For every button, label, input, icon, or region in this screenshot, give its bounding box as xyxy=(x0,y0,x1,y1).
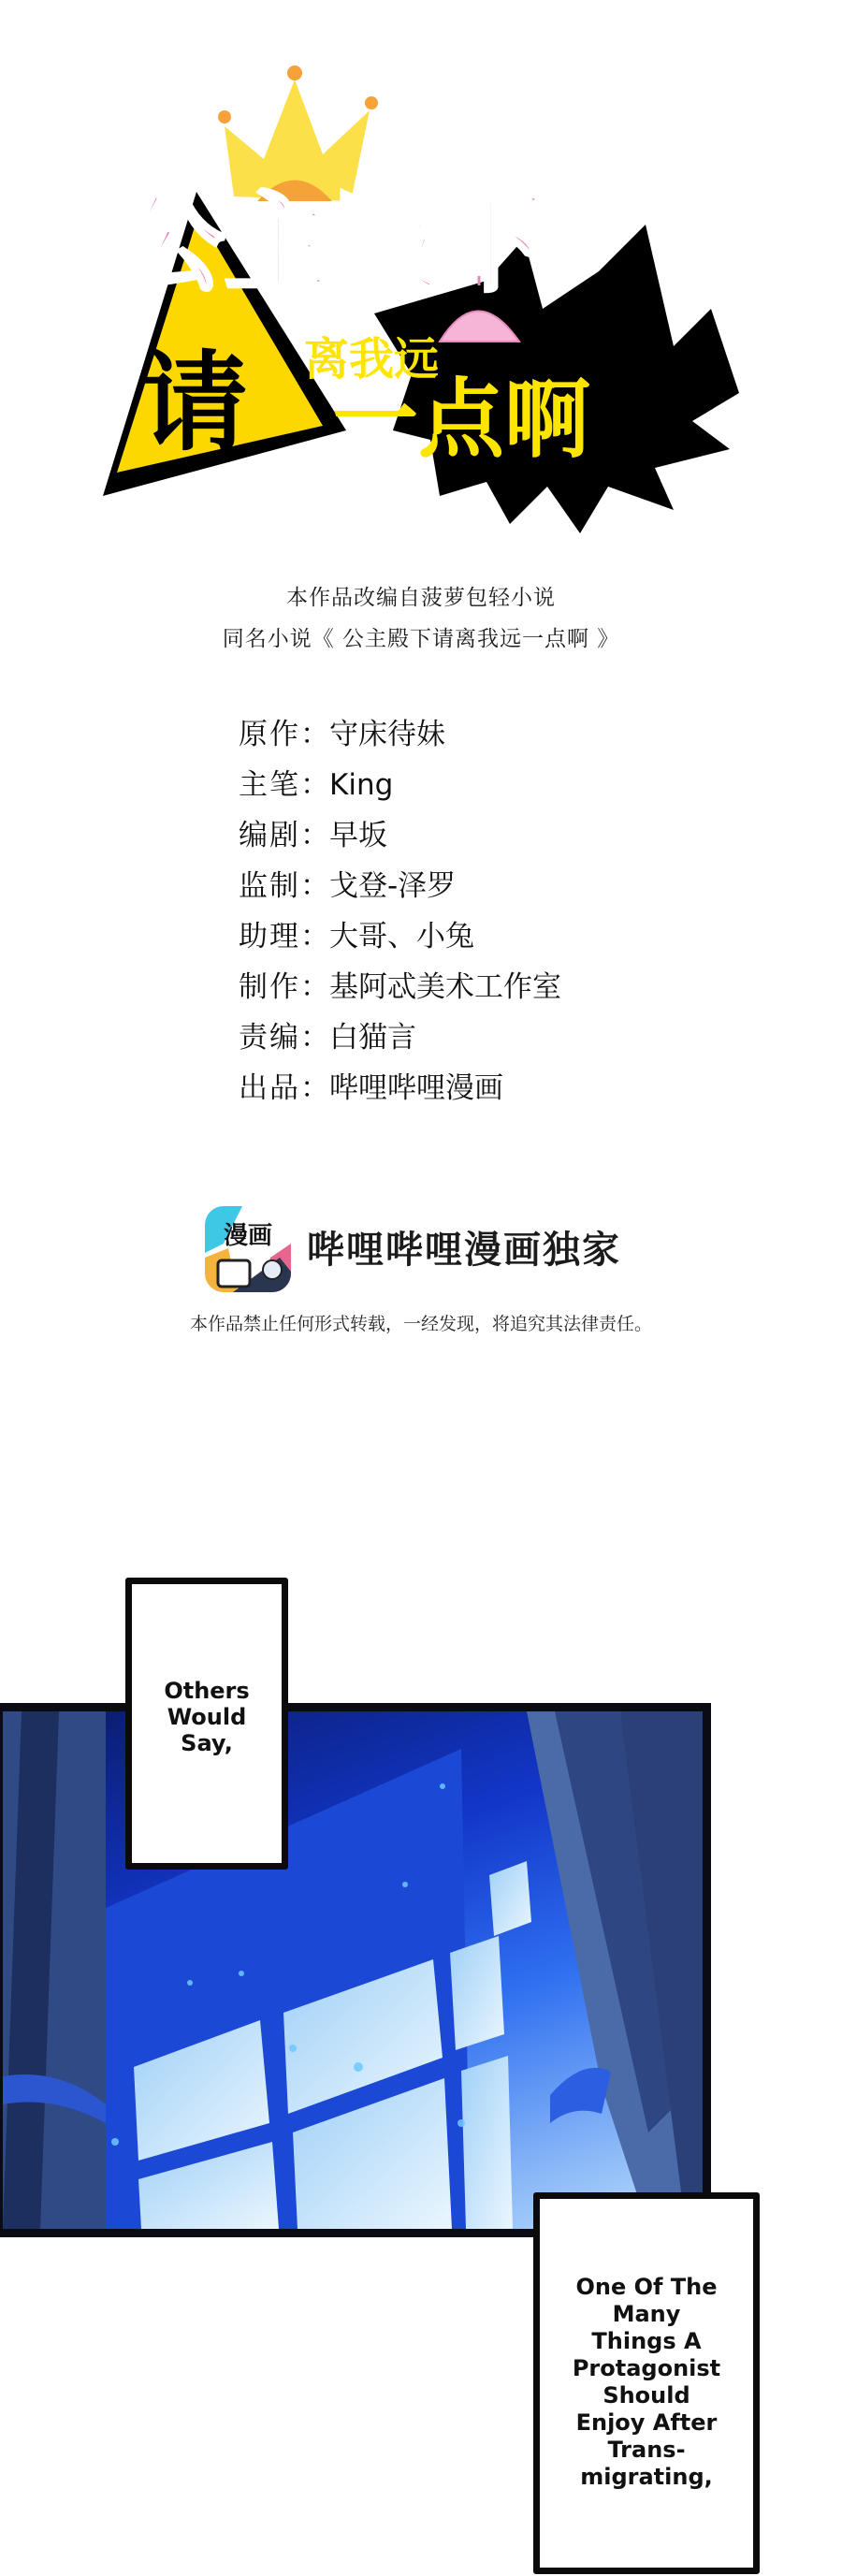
credit-name: 白猫言 xyxy=(329,1021,416,1055)
credit-row: 编剧：早坂 xyxy=(239,810,561,861)
credit-name: 戈登-泽罗 xyxy=(329,869,456,903)
bilibili-comics-app-icon: 漫画 xyxy=(205,1206,291,1292)
credit-name: 大哥、小兔 xyxy=(329,920,474,953)
credit-row: 责编：白猫言 xyxy=(239,1012,561,1063)
title-logo: 公主殿下 请 离我远 一点啊 xyxy=(0,0,842,543)
credit-name: 守床待妹 xyxy=(329,718,445,751)
credits-list: 原作：守床待妹 主笔：King 编剧：早坂 监制：戈登-泽罗 助理：大哥、小兔 … xyxy=(239,709,561,1113)
title-large-text: 一点啊 xyxy=(332,370,590,470)
title-char-please: 请 xyxy=(140,341,248,466)
credit-name: 哔哩哔哩漫画 xyxy=(329,1071,503,1105)
credit-name: 基阿忒美术工作室 xyxy=(329,970,561,1004)
credit-row: 出品：哔哩哔哩漫画 xyxy=(239,1063,561,1113)
comic-panel-window xyxy=(0,1703,711,2237)
adaptation-note: 本作品改编自菠萝包轻小说 xyxy=(0,580,842,611)
credit-row: 原作：守床待妹 xyxy=(239,709,561,760)
credit-name: King xyxy=(329,768,393,802)
credit-row: 监制：戈登-泽罗 xyxy=(239,861,561,911)
credit-row: 助理：大哥、小兔 xyxy=(239,911,561,962)
credit-name: 早坂 xyxy=(329,819,387,852)
copyright-notice: 本作品禁止任何形式转载，一经发现，将追究其法律责任。 xyxy=(0,1310,842,1335)
novel-title-note: 同名小说《 公主殿下请离我远一点啊 》 xyxy=(0,621,842,652)
credit-row: 主笔：King xyxy=(239,760,561,810)
app-icon-text: 漫画 xyxy=(224,1222,272,1250)
window-scene-art xyxy=(3,1711,703,2229)
narration-caption: Others Would Say, xyxy=(125,1578,288,1870)
title-line1: 公主殿下 xyxy=(117,182,547,307)
title-logo-art: 公主殿下 请 离我远 一点啊 xyxy=(0,0,842,543)
exclusive-label: 哔哩哔哩漫画独家 xyxy=(307,1220,621,1273)
narration-caption: One Of The Many Things A Protagonist Sho… xyxy=(533,2192,760,2574)
credit-row: 制作：基阿忒美术工作室 xyxy=(239,962,561,1012)
